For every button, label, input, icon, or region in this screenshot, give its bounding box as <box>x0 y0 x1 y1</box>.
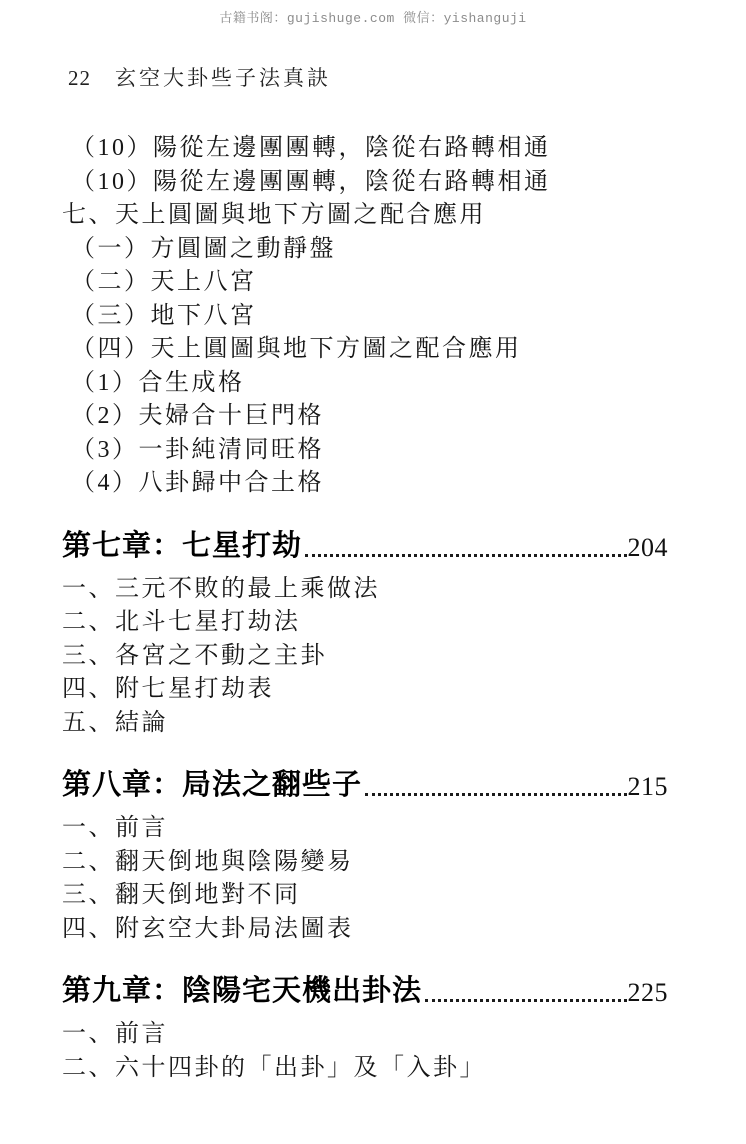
toc-chapters: 第七章：七星打劫204一、三元不敗的最上乘做法二、北斗七星打劫法三、各宮之不動之… <box>62 526 668 1086</box>
chapter-heading: 第七章：七星打劫204 <box>62 526 668 566</box>
toc-item: （二）天上八宮 <box>62 266 668 300</box>
toc-item: （10）陽從左邊團團轉，陰從右路轉相通 <box>62 132 668 166</box>
toc-item: （三）地下八宮 <box>62 300 668 334</box>
chapter-page-number: 215 <box>628 769 669 805</box>
watermark: 古籍书阁：gujishuge.com 微信：yishanguji <box>0 7 746 26</box>
chapter-heading: 第八章：局法之翻些子215 <box>62 765 668 805</box>
toc-item: （4）八卦歸中合土格 <box>62 467 668 501</box>
table-of-contents: （10）陽從左邊團團轉，陰從右路轉相通（10）陽從左邊團團轉，陰從右路轉相通七、… <box>0 132 746 1085</box>
toc-chapter: 第九章：陰陽宅天機出卦法225一、前言二、六十四卦的「出卦」及「入卦」 <box>62 971 668 1085</box>
dot-leader <box>305 554 626 557</box>
dot-leader <box>425 999 626 1002</box>
toc-item: 一、三元不敗的最上乘做法 <box>62 573 668 607</box>
chapter-page-number: 204 <box>628 530 669 566</box>
toc-item: （3）一卦純清同旺格 <box>62 434 668 468</box>
toc-item: （四）天上圓圖與地下方圖之配合應用 <box>62 333 668 367</box>
dot-leader <box>365 793 626 796</box>
toc-item: 三、各宮之不動之主卦 <box>62 640 668 674</box>
toc-item: 二、六十四卦的「出卦」及「入卦」 <box>62 1052 668 1086</box>
toc-item: 二、翻天倒地與陰陽變易 <box>62 846 668 880</box>
watermark-text: 古籍书阁：gujishuge.com 微信：yishanguji <box>219 11 526 26</box>
toc-item: 五、結論 <box>62 707 668 741</box>
toc-item: 四、附七星打劫表 <box>62 673 668 707</box>
chapter-title: 第八章：局法之翻些子 <box>62 765 362 805</box>
chapter-title: 第七章：七星打劫 <box>62 526 302 566</box>
book-page: 古籍书阁：gujishuge.com 微信：yishanguji 22 玄空大卦… <box>0 0 746 1144</box>
toc-item: 一、前言 <box>62 1018 668 1052</box>
toc-item: 七、天上圓圖與地下方圖之配合應用 <box>62 199 668 233</box>
toc-item: 二、北斗七星打劫法 <box>62 606 668 640</box>
toc-intro-list: （10）陽從左邊團團轉，陰從右路轉相通（10）陽從左邊團團轉，陰從右路轉相通七、… <box>62 132 668 501</box>
page-number: 22 <box>68 66 91 91</box>
chapter-title: 第九章：陰陽宅天機出卦法 <box>62 971 422 1011</box>
toc-item: （一）方圓圖之動靜盤 <box>62 233 668 267</box>
chapter-heading: 第九章：陰陽宅天機出卦法225 <box>62 971 668 1011</box>
toc-item: （10）陽從左邊團團轉，陰從右路轉相通 <box>62 166 668 200</box>
book-title: 玄空大卦些子法真訣 <box>115 62 331 92</box>
toc-item: 四、附玄空大卦局法圖表 <box>62 913 668 947</box>
chapter-page-number: 225 <box>628 975 669 1011</box>
toc-item: （2）夫婦合十巨門格 <box>62 400 668 434</box>
toc-item: 一、前言 <box>62 812 668 846</box>
toc-item: 三、翻天倒地對不同 <box>62 879 668 913</box>
toc-chapter: 第七章：七星打劫204一、三元不敗的最上乘做法二、北斗七星打劫法三、各宮之不動之… <box>62 526 668 741</box>
toc-item: （1）合生成格 <box>62 367 668 401</box>
toc-chapter: 第八章：局法之翻些子215一、前言二、翻天倒地與陰陽變易三、翻天倒地對不同四、附… <box>62 765 668 946</box>
